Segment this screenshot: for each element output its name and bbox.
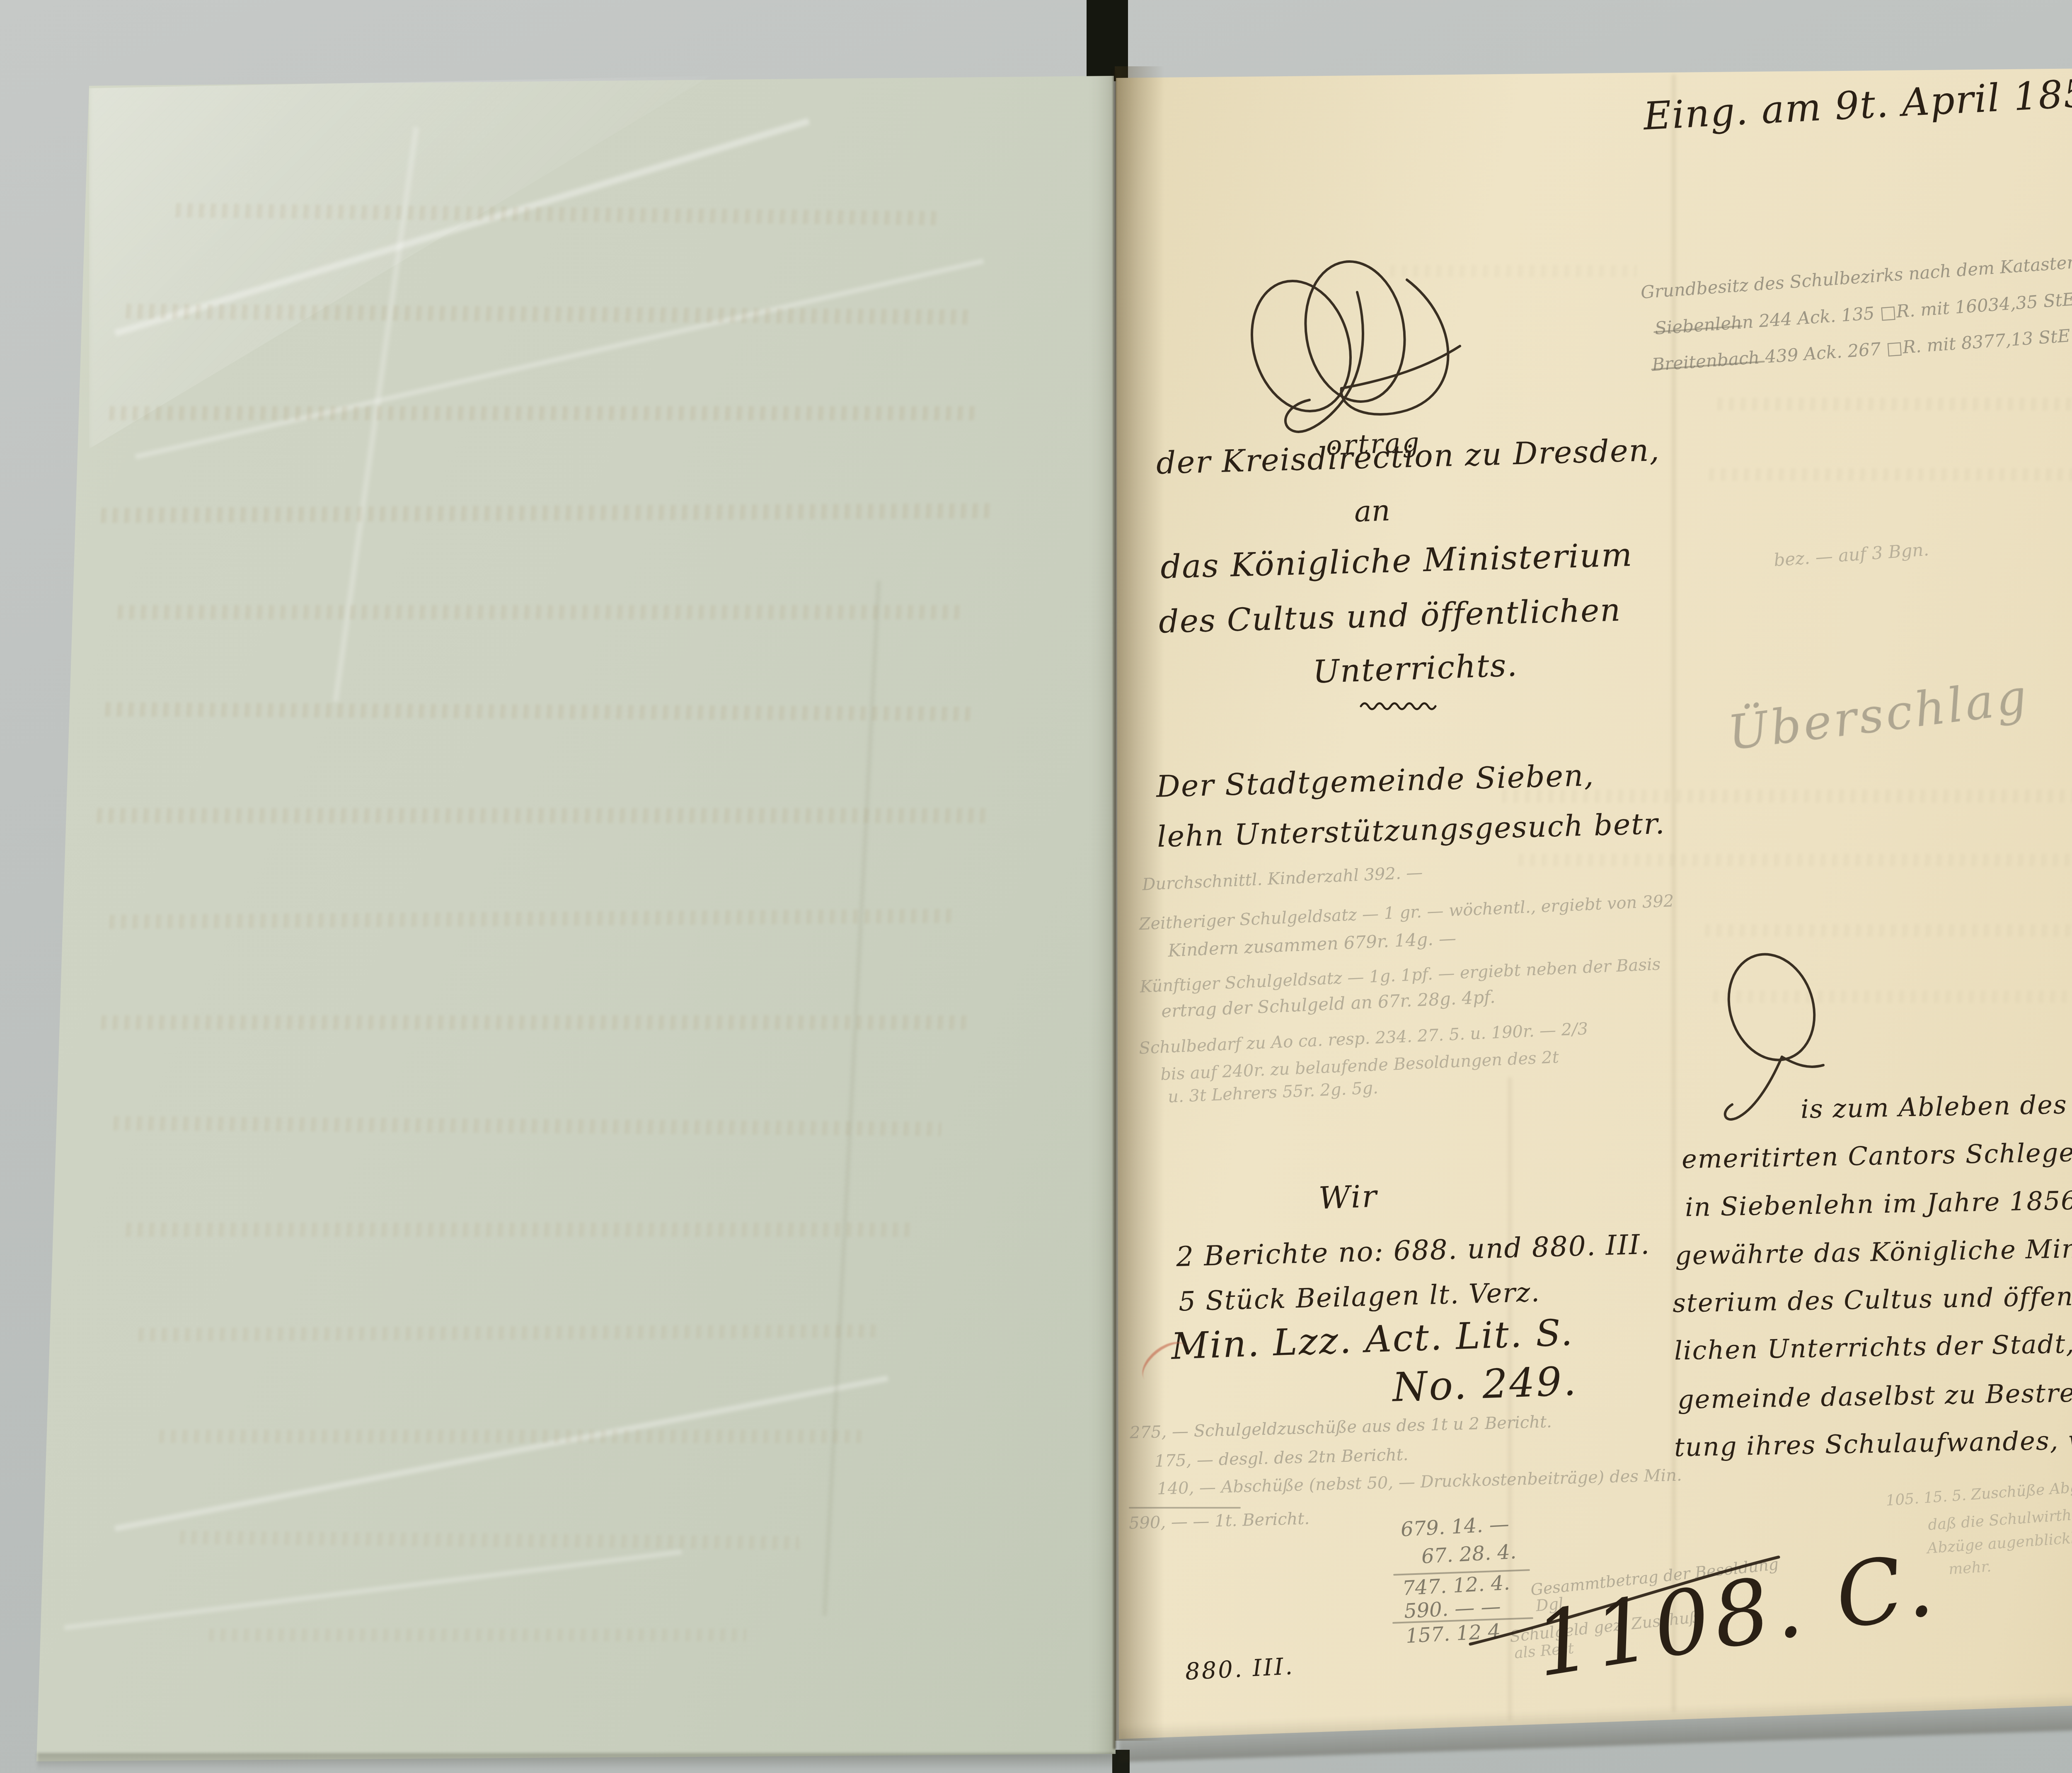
pencil-total-line: 590, — — 1t. Bericht. — [1129, 1510, 1310, 1531]
bleedthrough-text-row — [1707, 468, 2072, 481]
calligraphic-initial-v — [1233, 242, 1469, 441]
bleedthrough-text-row — [99, 1015, 970, 1029]
bleedthrough-text-row — [95, 808, 986, 823]
body-line-5: sterium des Cultus und öffent, — [1673, 1283, 2072, 1316]
file-number: 880. III. — [1185, 1655, 1295, 1684]
enclosure-file-number: No. 249. — [1392, 1361, 1578, 1407]
body-line-8: tung ihres Schulaufwandes, was — [1674, 1427, 2072, 1461]
page-bottom-shadow — [37, 1753, 1115, 1770]
enclosure-salutation: Wir — [1318, 1181, 1378, 1214]
title-line-unterricht: Unterrichts. — [1312, 649, 1518, 688]
bleedthrough-text-row — [116, 605, 966, 619]
bleedthrough-text-row — [108, 406, 978, 420]
body-line-6: lichen Unterrichts der Stadt, — [1674, 1331, 2072, 1364]
title-line-an: an — [1354, 496, 1391, 526]
body-line-2: emeritirten Cantors Schlegel — [1682, 1140, 2072, 1172]
bleedthrough-text-row — [124, 1223, 912, 1237]
body-line-3: in Siebenlehn im Jahre 1856 — [1685, 1188, 2072, 1221]
page-edge-shadow — [1113, 70, 1116, 1749]
bleedthrough-text-row — [207, 1629, 746, 1641]
sum-row: 679. 14. — — [1400, 1514, 1510, 1540]
body-line-7: gemeinde daselbst zu Bestrei — [1677, 1380, 2072, 1412]
body-line-4: gewährte das Königliche Minis — [1675, 1235, 2072, 1269]
pencil-sum-rule — [1129, 1507, 1241, 1509]
bleedthrough-text-row — [1517, 854, 2072, 866]
bleedthrough-text-row — [157, 1430, 862, 1443]
bleedthrough-text-row — [1703, 924, 2072, 937]
bleedthrough-text-row — [1716, 398, 2072, 410]
scanned-document: Eing. am 9t. April 1859. 30. Grundbesitz… — [0, 0, 2072, 1773]
body-line-1: is zum Ableben des — [1801, 1092, 2068, 1122]
divider-squiggle — [1360, 700, 1443, 710]
pencil-margin-bottom-line: mehr. — [1948, 1559, 1992, 1577]
